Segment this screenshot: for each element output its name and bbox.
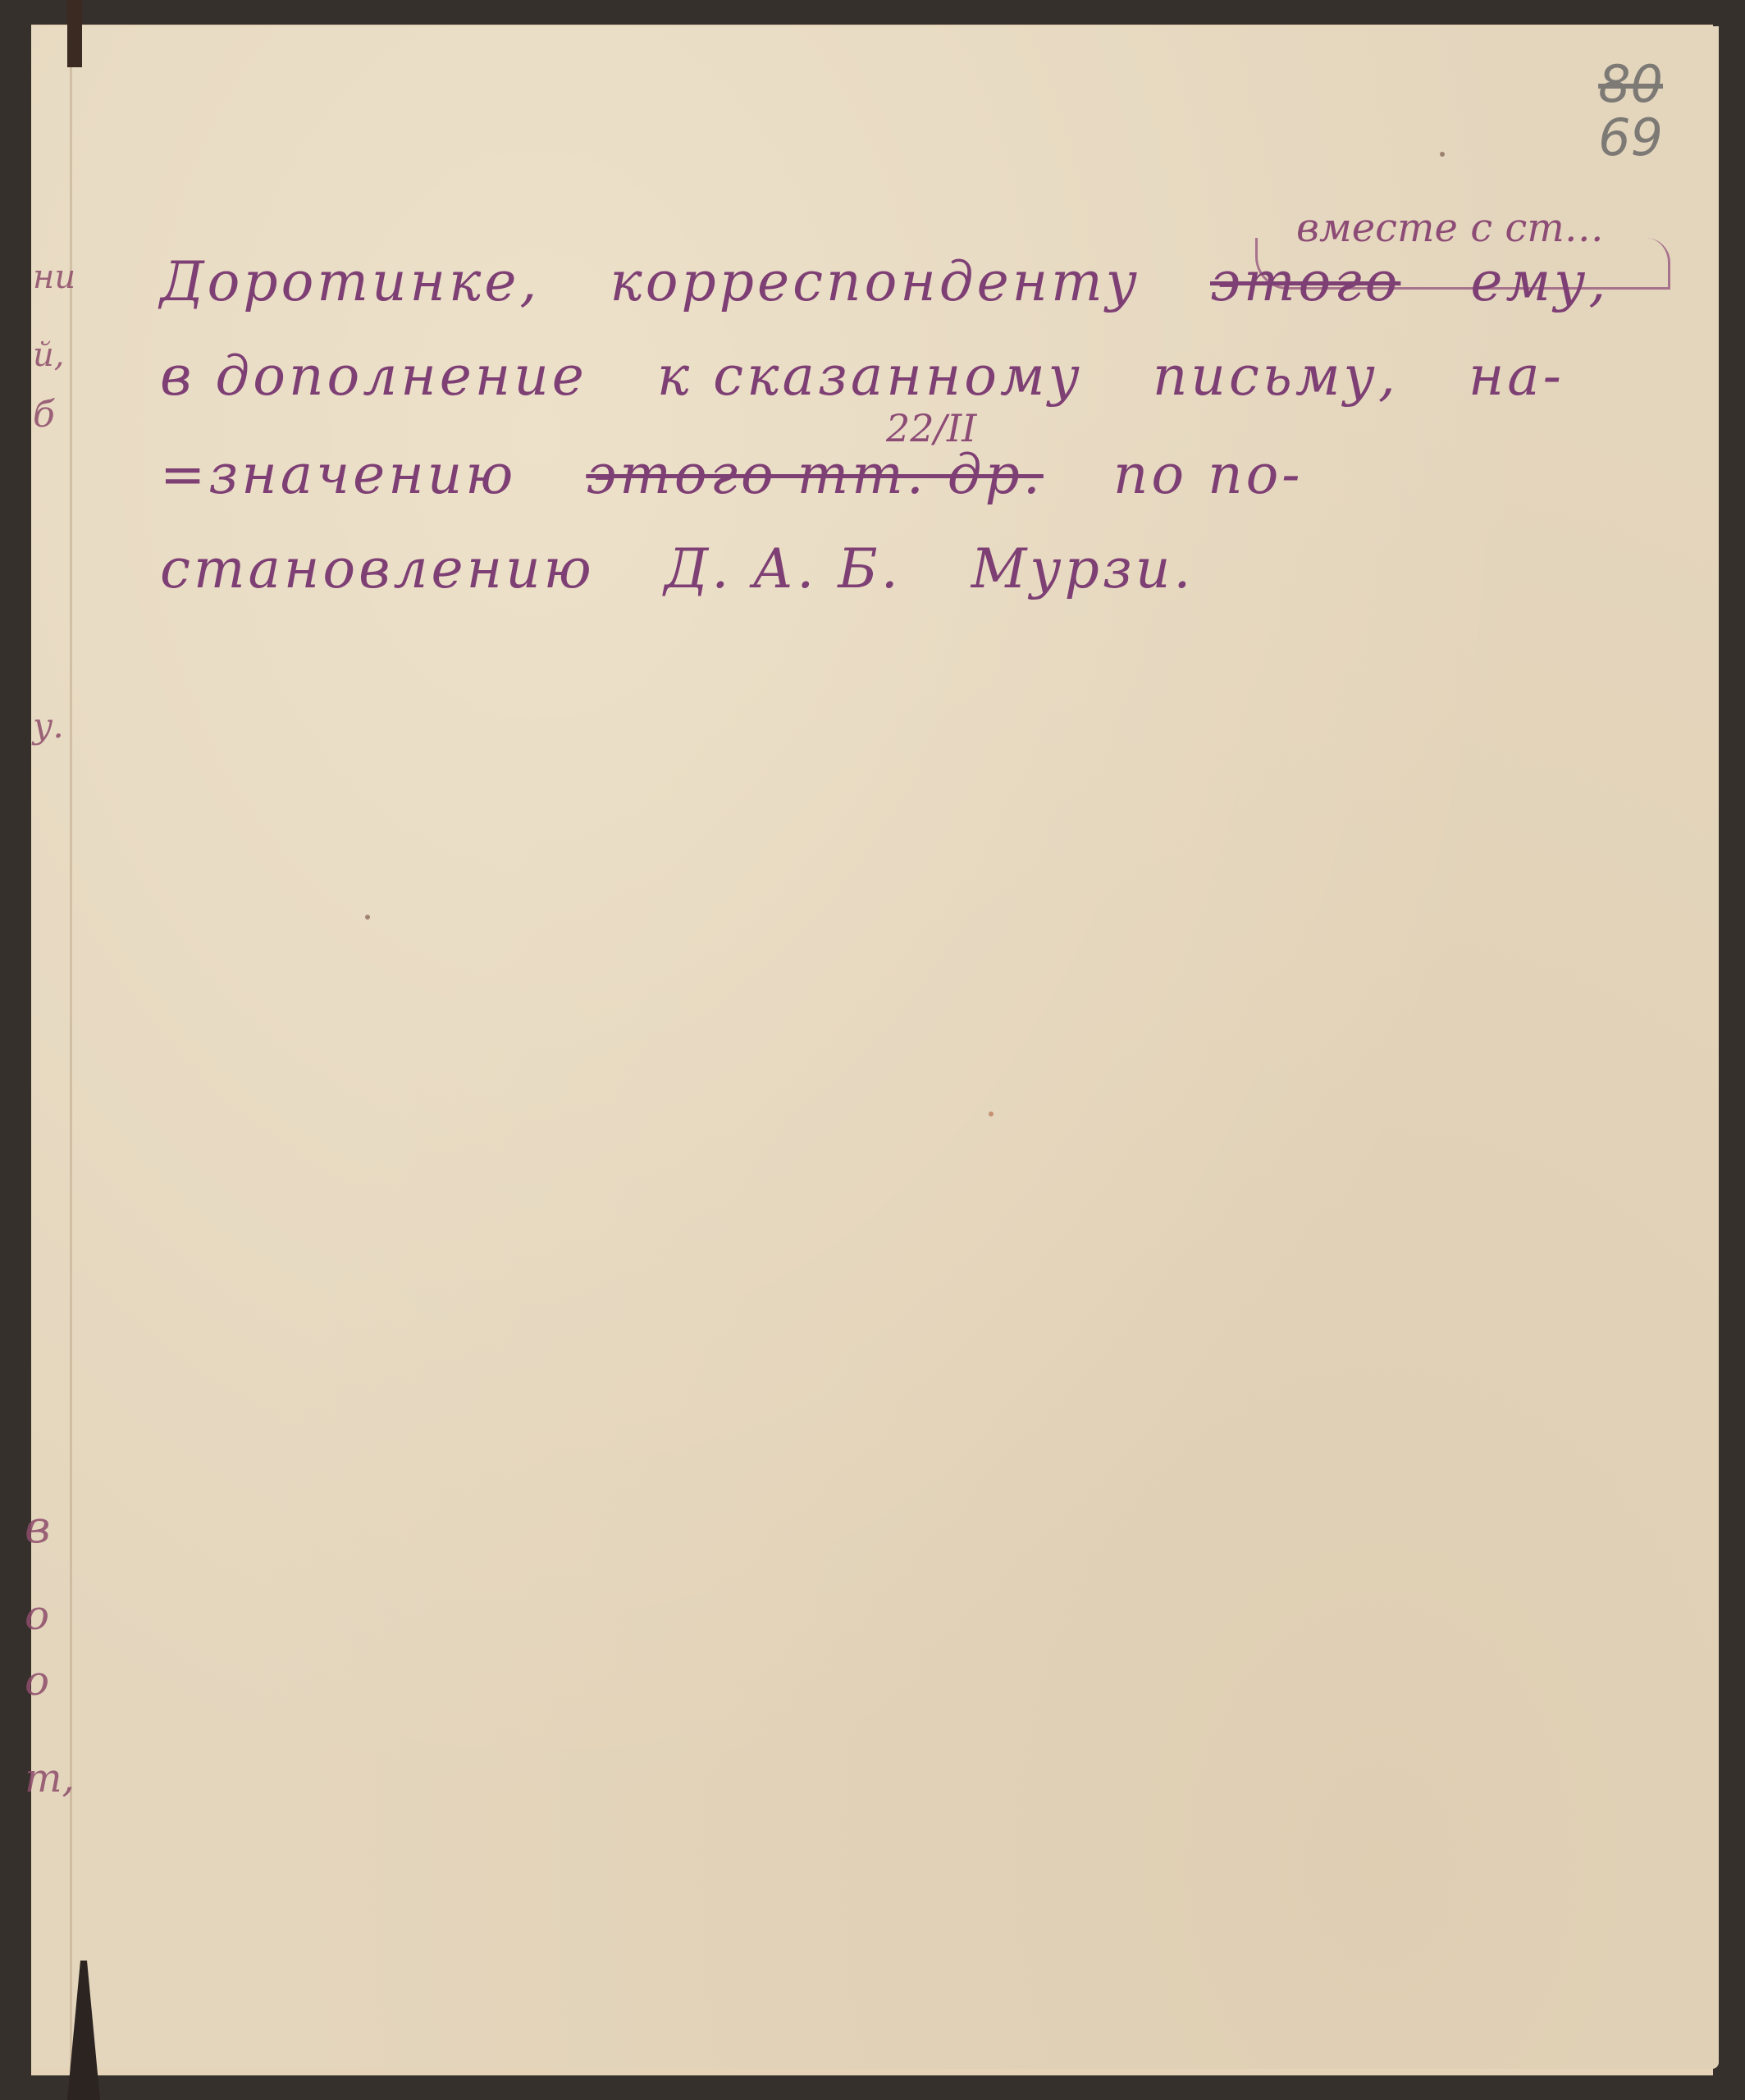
word: ему, bbox=[1470, 250, 1609, 313]
paper-speck bbox=[365, 915, 370, 920]
text-line-3: =значению этого тт. др. по по- bbox=[160, 443, 1353, 506]
margin-fragment: б bbox=[33, 394, 55, 436]
margin-fragment: о bbox=[25, 1657, 49, 1705]
paper-speck bbox=[1440, 152, 1445, 157]
margin-fragment: о bbox=[25, 1591, 49, 1639]
word: =значению bbox=[160, 443, 516, 506]
margin-fragment: т, bbox=[25, 1755, 75, 1801]
word: корреспонденту bbox=[610, 250, 1140, 313]
folio-old-number: 80 bbox=[1598, 57, 1663, 111]
binding-tab bbox=[67, 0, 82, 67]
margin-fragment: в bbox=[25, 1501, 50, 1553]
document-page bbox=[31, 26, 1719, 2069]
word: к сказанному bbox=[657, 345, 1083, 408]
struck-word: этого тт. др. bbox=[586, 443, 1044, 506]
margin-fragment: у. bbox=[33, 705, 64, 746]
word: на- bbox=[1469, 345, 1565, 408]
paper-speck bbox=[989, 1112, 994, 1116]
word: Д. А. Б. bbox=[665, 537, 902, 600]
folio-number: 80 69 bbox=[1598, 57, 1663, 164]
word: по по- bbox=[1113, 443, 1304, 506]
word: становлению bbox=[160, 537, 595, 600]
word: Мурзи. bbox=[971, 537, 1195, 600]
margin-fragment: й, bbox=[33, 336, 64, 374]
text-line-4: становлению Д. А. Б. Мурзи. bbox=[160, 537, 1243, 600]
word: письму, bbox=[1153, 345, 1399, 408]
word: в дополнение bbox=[160, 345, 587, 408]
folio-current-number: 69 bbox=[1598, 111, 1663, 164]
text-line-2: в дополнение к сказанному письму, на- bbox=[160, 345, 1614, 408]
word: Доротинке, bbox=[160, 250, 540, 313]
struck-word: этого bbox=[1210, 250, 1400, 313]
margin-fragment: ни bbox=[33, 258, 75, 296]
text-line-1: Доротинке, корреспонденту этого ему, bbox=[160, 250, 1658, 313]
